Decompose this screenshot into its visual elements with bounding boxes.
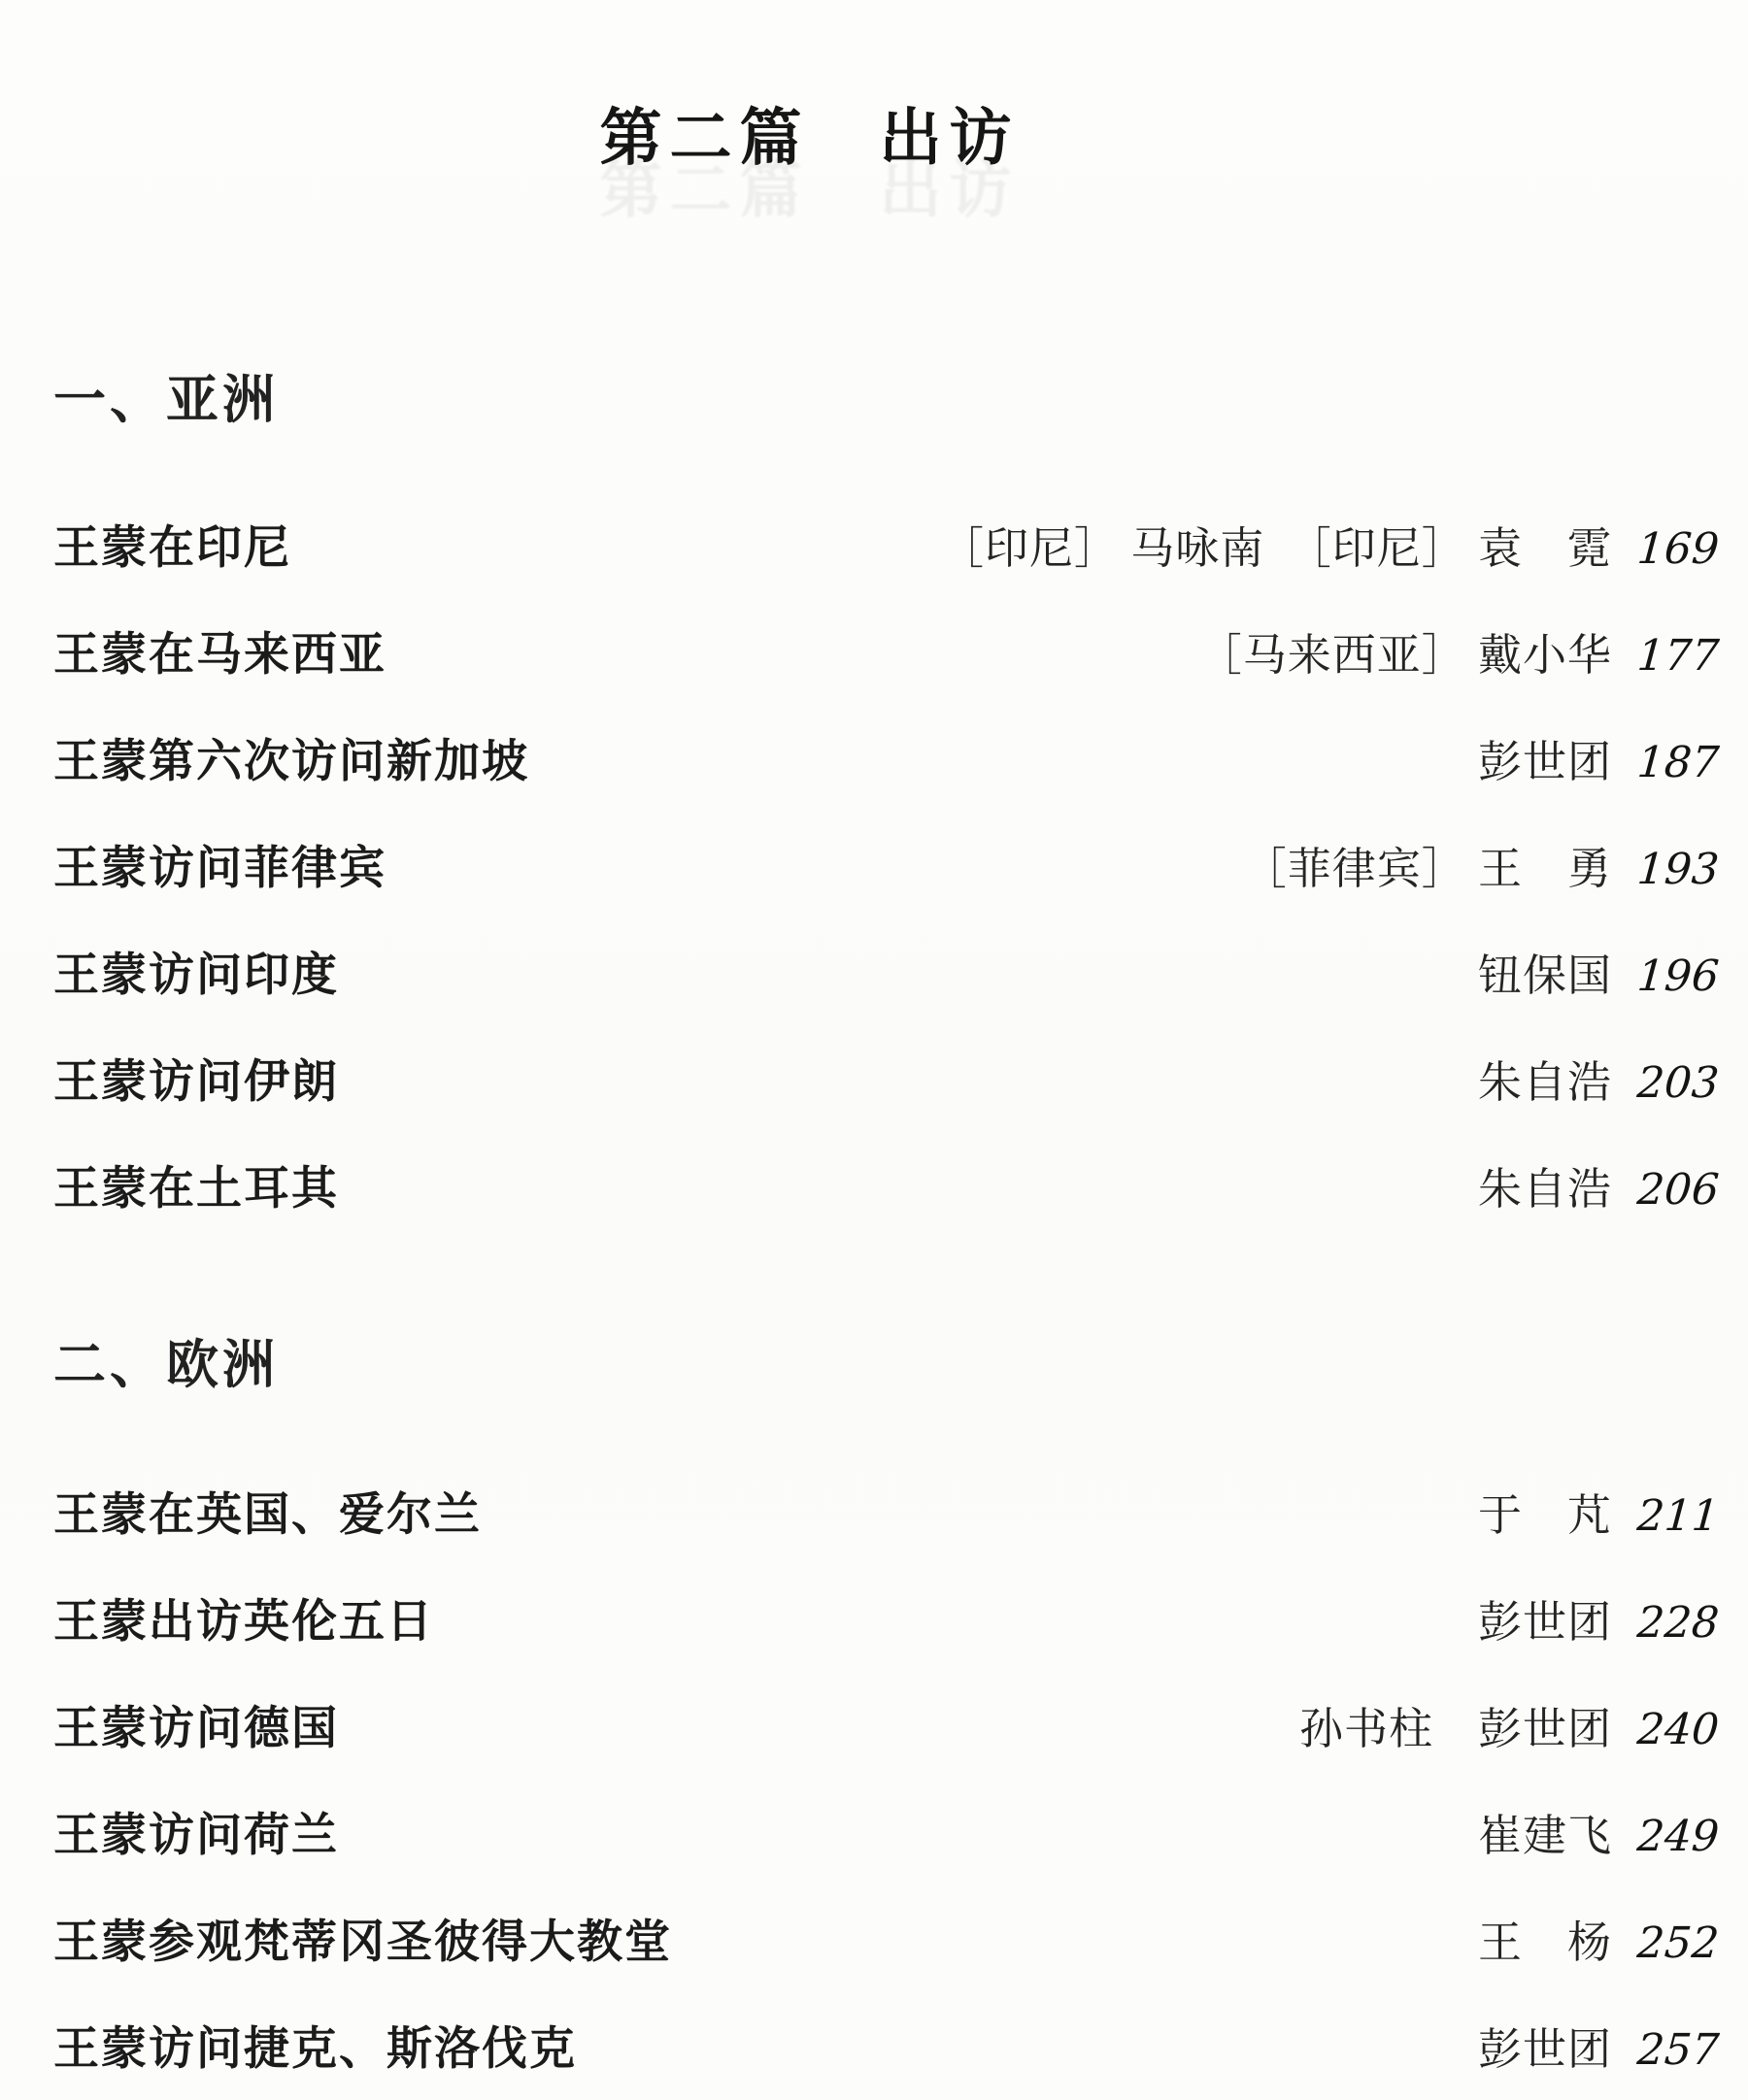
toc-entry: 王蒙在印尼 ［印尼］ 马咏南 ［印尼］ 袁 霓 169 <box>53 525 1721 572</box>
entry-right: ［菲律宾］ 王 勇 193 <box>1243 846 1721 893</box>
entry-author: ［马来西亚］ 戴小华 <box>1198 632 1612 679</box>
entry-right: 孙书柱 彭世团 240 <box>1299 1706 1721 1753</box>
toc-entry: 王蒙访问荷兰 崔建飞 249 <box>53 1813 1721 1859</box>
entry-title: 王蒙访问捷克、斯洛伐克 <box>53 2026 577 2073</box>
toc-entry: 王蒙访问伊朗 朱自浩 203 <box>53 1059 1721 1106</box>
entry-right: 于 芃 211 <box>1478 1492 1721 1540</box>
entry-author: 朱自浩 <box>1478 1166 1612 1213</box>
entry-title: 王蒙在英国、爱尔兰 <box>53 1492 482 1539</box>
entry-page-number: 177 <box>1635 633 1722 680</box>
entry-author: 孙书柱 彭世团 <box>1299 1706 1612 1752</box>
entry-title: 王蒙访问菲律宾 <box>53 846 387 892</box>
entry-page-number: 203 <box>1635 1060 1722 1107</box>
entry-page-number: 211 <box>1635 1493 1722 1540</box>
entry-right: 朱自浩 206 <box>1478 1166 1721 1214</box>
entry-title: 王蒙在马来西亚 <box>53 632 387 679</box>
entry-right: 王 杨 252 <box>1478 1919 1721 1967</box>
entry-author: 朱自浩 <box>1478 1059 1612 1106</box>
entry-author: 彭世团 <box>1478 739 1612 785</box>
entry-title: 王蒙出访英伦五日 <box>53 1599 434 1646</box>
entry-title: 王蒙访问伊朗 <box>53 1059 339 1106</box>
toc-entry: 王蒙参观梵蒂冈圣彼得大教堂 王 杨 252 <box>53 1919 1721 1966</box>
entry-page-number: 249 <box>1635 1814 1722 1860</box>
entry-title: 王蒙在印尼 <box>53 525 291 572</box>
entry-author: 钮保国 <box>1478 952 1612 999</box>
entry-right: 钮保国 196 <box>1478 952 1721 1000</box>
entry-author: 彭世团 <box>1478 2026 1612 2073</box>
toc-entry: 王蒙在英国、爱尔兰 于 芃 211 <box>53 1492 1721 1539</box>
section-heading-europe: 二、欧洲 <box>53 1337 1721 1393</box>
entry-right: ［马来西亚］ 戴小华 177 <box>1198 632 1721 680</box>
toc-entry: 王蒙访问菲律宾 ［菲律宾］ 王 勇 193 <box>53 846 1721 892</box>
entry-right: 彭世团 257 <box>1478 2026 1721 2074</box>
entry-page-number: 228 <box>1635 1600 1722 1647</box>
entry-right: 朱自浩 203 <box>1478 1059 1721 1107</box>
toc-entry: 王蒙访问德国 孙书柱 彭世团 240 <box>53 1706 1721 1752</box>
toc-entry: 王蒙在土耳其 朱自浩 206 <box>53 1166 1721 1213</box>
entry-author: 于 芃 <box>1478 1492 1612 1539</box>
entry-title: 王蒙在土耳其 <box>53 1166 339 1213</box>
entry-right: ［印尼］ 马咏南 ［印尼］ 袁 霓 169 <box>940 525 1721 573</box>
entry-page-number: 169 <box>1635 526 1722 573</box>
entry-right: 彭世团 228 <box>1478 1599 1721 1647</box>
entry-title: 王蒙参观梵蒂冈圣彼得大教堂 <box>53 1919 672 1966</box>
toc-entry: 王蒙在马来西亚 ［马来西亚］ 戴小华 177 <box>53 632 1721 679</box>
toc-entry: 王蒙访问捷克、斯洛伐克 彭世团 257 <box>53 2026 1721 2073</box>
toc-entry: 王蒙访问印度 钮保国 196 <box>53 952 1721 999</box>
entry-page-number: 196 <box>1635 953 1722 1000</box>
toc-page: 第二篇 出访 第二篇 出访 一、亚洲 王蒙在印尼 ［印尼］ 马咏南 ［印尼］ 袁… <box>0 0 1748 2100</box>
entry-author: 彭世团 <box>1478 1599 1612 1646</box>
entry-author: 崔建飞 <box>1478 1813 1612 1859</box>
page-title: 第二篇 出访 <box>53 105 1565 173</box>
section-heading-asia: 一、亚洲 <box>53 372 1721 428</box>
toc-entry: 王蒙出访英伦五日 彭世团 228 <box>53 1599 1721 1646</box>
entry-page-number: 206 <box>1635 1167 1722 1214</box>
chapter-title-block: 第二篇 出访 第二篇 出访 <box>53 105 1565 173</box>
entry-title: 王蒙访问印度 <box>53 952 339 999</box>
entry-author: ［印尼］ 马咏南 ［印尼］ 袁 霓 <box>940 525 1612 572</box>
entry-page-number: 240 <box>1635 1707 1722 1753</box>
entry-page-number: 193 <box>1635 847 1722 893</box>
toc-entry: 王蒙第六次访问新加坡 彭世团 187 <box>53 739 1721 785</box>
entry-page-number: 252 <box>1635 1920 1722 1967</box>
entry-author: ［菲律宾］ 王 勇 <box>1243 846 1612 892</box>
entry-author: 王 杨 <box>1478 1919 1612 1966</box>
entry-title: 王蒙访问荷兰 <box>53 1813 339 1859</box>
entry-page-number: 187 <box>1635 740 1722 786</box>
entry-title: 王蒙第六次访问新加坡 <box>53 739 529 785</box>
entry-right: 彭世团 187 <box>1478 739 1721 786</box>
entry-right: 崔建飞 249 <box>1478 1813 1721 1860</box>
entry-page-number: 257 <box>1635 2027 1722 2074</box>
entry-title: 王蒙访问德国 <box>53 1706 339 1752</box>
